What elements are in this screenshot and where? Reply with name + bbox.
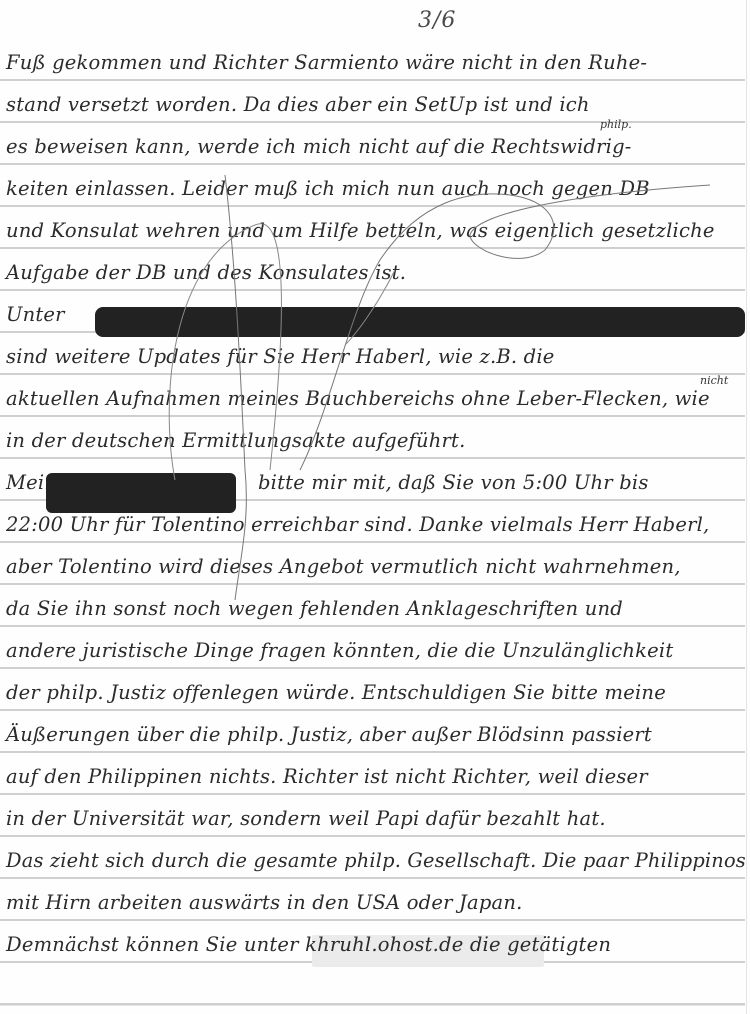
insertion-philp: philp. xyxy=(600,118,632,131)
text-line-15: andere juristische Dinge fragen könnten,… xyxy=(6,633,746,669)
text-line-21: mit Hirn arbeiten auswärts in den USA od… xyxy=(6,885,746,921)
text-line-12: 22:00 Uhr für Tolentino erreichbar sind.… xyxy=(6,507,746,543)
text-line-8: sind weitere Updates für Sie Herr Haberl… xyxy=(6,339,746,375)
text-line-3: es beweisen kann, werde ich mich nicht a… xyxy=(6,129,746,165)
text-line-22: Demnächst können Sie unter khruhl.ohost.… xyxy=(6,927,746,963)
text-line-4: keiten einlassen. Leider muß ich mich nu… xyxy=(6,171,746,207)
insertion-nicht: nicht xyxy=(700,374,728,387)
text-line-1: Fuß gekommen und Richter Sarmiento wäre … xyxy=(6,45,746,81)
text-line-11-continuation: bitte mir mit, daß Sie von 5:00 Uhr bis xyxy=(258,465,738,501)
text-line-13: aber Tolentino wird dieses Angebot vermu… xyxy=(6,549,746,585)
paper-edge-bottom xyxy=(0,1005,745,1006)
text-line-17: Äußerungen über die philp. Justiz, aber … xyxy=(6,717,746,753)
text-line-14: da Sie ihn sonst noch wegen fehlenden An… xyxy=(6,591,746,627)
text-line-6: Aufgabe der DB und des Konsulates ist. xyxy=(6,255,746,291)
text-line-20: Das zieht sich durch die gesamte philp. … xyxy=(6,843,740,879)
paper-edge xyxy=(746,0,747,1014)
text-line-16: der philp. Justiz offenlegen würde. Ents… xyxy=(6,675,746,711)
handwritten-letter-page: 3/6 Fuß gekommen und Richter Sarmiento w… xyxy=(0,0,750,1014)
text-line-18: auf den Philippinen nichts. Richter ist … xyxy=(6,759,746,795)
text-line-9: aktuellen Aufnahmen meines Bauchbereichs… xyxy=(6,381,746,417)
redaction-bar-1 xyxy=(95,307,745,337)
text-line-19: in der Universität war, sondern weil Pap… xyxy=(6,801,746,837)
text-line-2: stand versetzt worden. Da dies aber ein … xyxy=(6,87,746,123)
text-line-5: und Konsulat wehren und um Hilfe betteln… xyxy=(6,213,746,249)
text-line-10: in der deutschen Ermittlungsakte aufgefü… xyxy=(6,423,746,459)
page-number: 3/6 xyxy=(418,8,456,33)
